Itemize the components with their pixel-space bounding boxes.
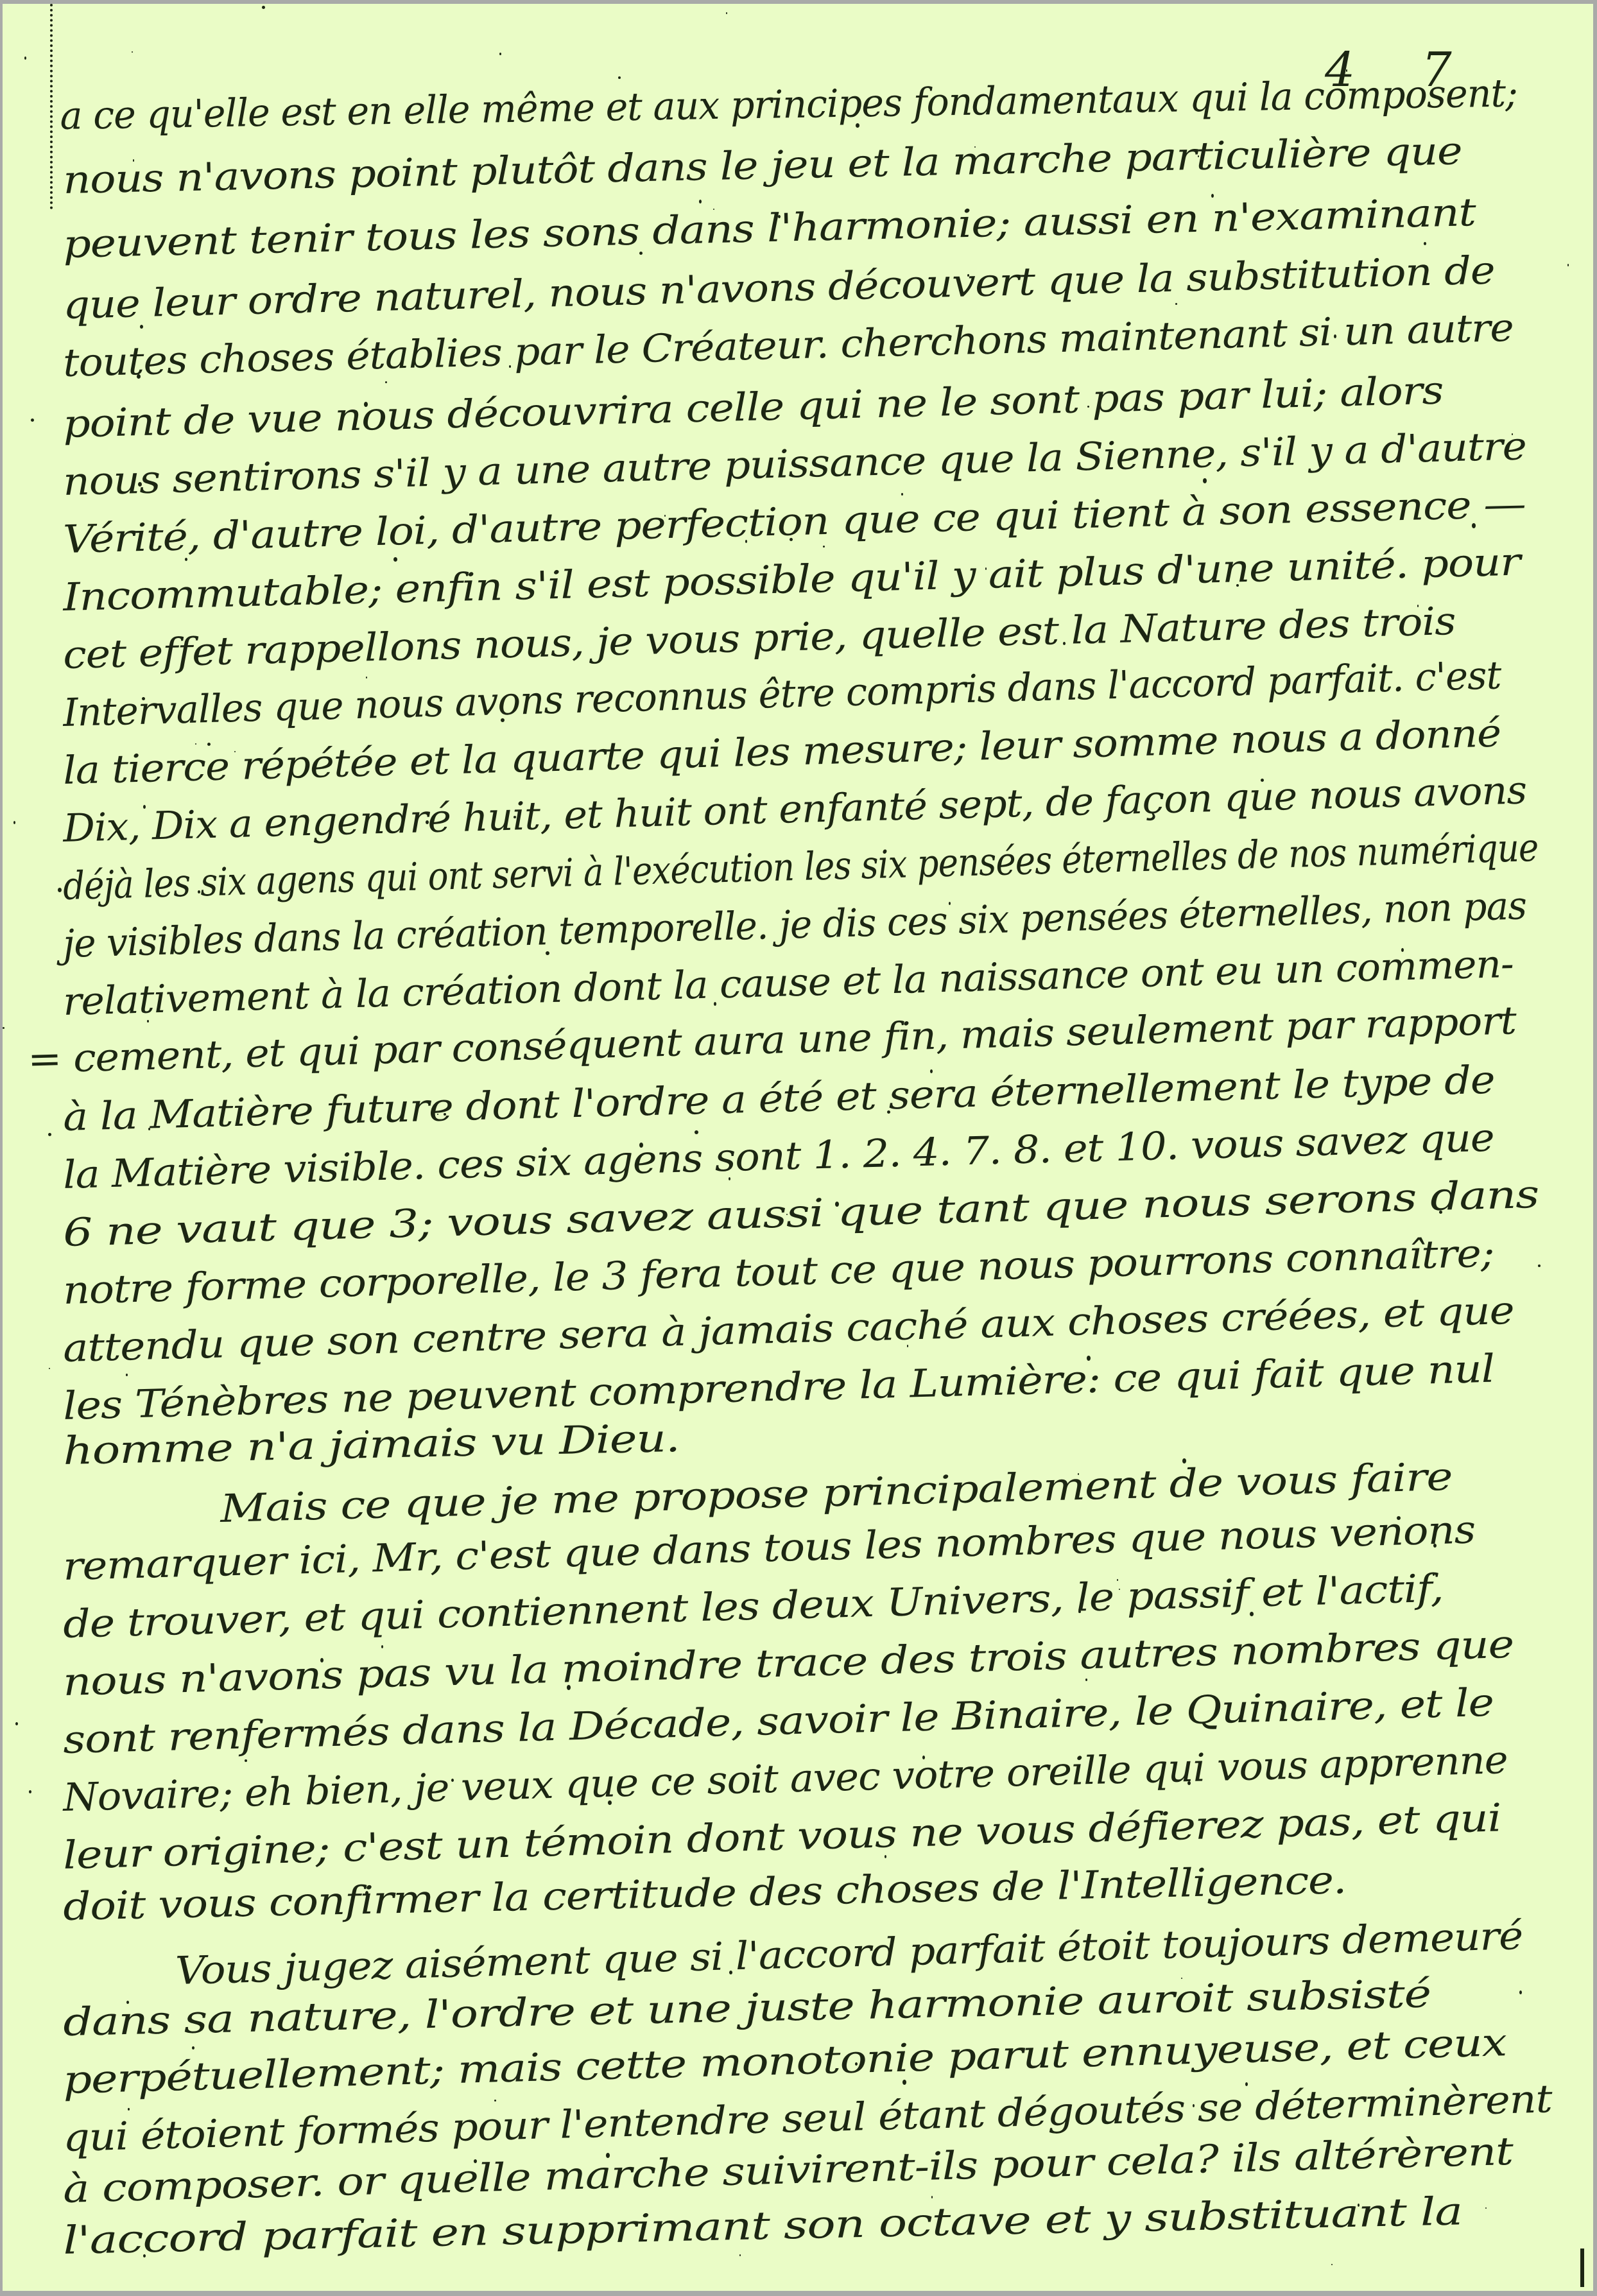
ink-speck xyxy=(901,493,903,496)
ink-speck xyxy=(1358,2204,1360,2207)
edge-mark xyxy=(1580,2249,1584,2287)
ink-speck xyxy=(1397,1516,1401,1520)
ink-speck xyxy=(234,751,236,752)
ink-speck xyxy=(1433,1544,1437,1548)
ink-speck xyxy=(49,1368,50,1369)
ink-speck xyxy=(639,252,643,255)
ink-speck xyxy=(1203,478,1207,483)
ink-speck xyxy=(128,2108,130,2110)
ink-speck xyxy=(1200,1487,1204,1491)
ink-speck xyxy=(198,890,200,893)
ink-speck xyxy=(1078,1610,1081,1613)
ink-speck xyxy=(163,941,164,942)
ink-speck xyxy=(1071,386,1075,390)
ink-speck xyxy=(140,325,143,329)
ink-speck xyxy=(98,1689,100,1691)
ink-speck xyxy=(1078,1473,1079,1475)
ink-speck xyxy=(147,1020,149,1023)
ink-speck xyxy=(366,677,367,678)
ink-speck xyxy=(967,274,969,277)
ink-speck xyxy=(745,540,747,543)
ink-speck xyxy=(764,705,767,708)
ink-speck xyxy=(887,1110,890,1114)
ink-speck xyxy=(1330,217,1333,221)
ink-speck xyxy=(1395,1644,1398,1647)
ink-speck xyxy=(1281,1708,1284,1711)
ink-speck xyxy=(1193,2104,1195,2107)
ink-speck xyxy=(1063,642,1066,645)
ink-speck xyxy=(365,1430,368,1434)
ink-speck xyxy=(143,2254,146,2257)
ink-speck xyxy=(546,951,549,955)
ink-speck xyxy=(637,1162,639,1165)
ink-speck xyxy=(142,697,145,700)
ink-speck xyxy=(437,1114,438,1115)
ink-speck xyxy=(618,76,621,79)
ink-speck xyxy=(547,530,549,533)
ink-speck xyxy=(364,402,368,407)
ink-speck xyxy=(1181,1978,1182,1979)
ink-speck xyxy=(509,365,511,368)
ink-speck xyxy=(699,200,702,203)
ink-speck xyxy=(949,902,951,905)
ink-speck xyxy=(31,419,34,422)
ink-speck xyxy=(126,2001,129,2004)
manuscript-page: 4 7 a ce qu'elle est en elle même et aux… xyxy=(3,4,1593,2291)
ink-speck xyxy=(1085,1679,1087,1681)
ink-speck xyxy=(148,1128,150,1130)
ink-speck xyxy=(48,1133,51,1136)
ink-speck xyxy=(1005,1888,1008,1892)
ink-speck xyxy=(823,546,825,548)
ink-speck xyxy=(729,1971,732,1974)
ink-speck xyxy=(444,1113,446,1116)
ink-speck xyxy=(143,805,146,809)
ink-speck xyxy=(1198,155,1199,157)
ink-speck xyxy=(1334,334,1336,338)
ink-speck xyxy=(713,209,714,210)
ink-speck xyxy=(714,1002,716,1006)
ink-speck xyxy=(58,888,62,892)
ink-speck xyxy=(1331,2264,1333,2265)
ink-speck xyxy=(1119,1589,1120,1590)
ink-speck xyxy=(132,51,133,53)
ink-speck xyxy=(426,820,429,824)
ink-speck xyxy=(695,1130,698,1134)
ink-speck xyxy=(1433,1573,1435,1576)
ink-speck xyxy=(1187,1781,1191,1785)
ink-speck xyxy=(729,1177,730,1180)
ink-speck xyxy=(931,2196,933,2198)
ink-speck xyxy=(320,1658,324,1662)
ink-speck xyxy=(192,2046,194,2050)
ink-speck xyxy=(370,1685,371,1687)
ink-speck xyxy=(133,159,134,162)
ink-speck xyxy=(1175,303,1177,305)
ink-speck xyxy=(1417,605,1419,607)
ink-speck xyxy=(606,2153,610,2158)
ink-speck xyxy=(1567,264,1569,266)
ink-speck xyxy=(195,743,196,745)
ink-speck xyxy=(3,1027,4,1029)
ink-speck xyxy=(856,123,859,128)
ink-speck xyxy=(393,557,397,562)
ink-speck xyxy=(1519,1990,1522,1994)
ink-speck xyxy=(930,1069,933,1073)
ink-speck xyxy=(1439,1211,1442,1214)
manuscript-line: nous n'avons point plutôt dans le jeu et… xyxy=(63,132,1462,200)
ink-speck xyxy=(1472,523,1476,528)
ink-speck xyxy=(262,6,265,9)
ink-speck xyxy=(664,515,666,517)
ink-speck xyxy=(365,1891,368,1895)
ink-speck xyxy=(1512,433,1513,435)
manuscript-line: homme n'a jamais vu Dieu. xyxy=(63,1419,680,1471)
ink-speck xyxy=(501,718,505,722)
ink-speck xyxy=(550,2224,551,2226)
ink-speck xyxy=(567,1685,571,1690)
ink-speck xyxy=(126,1374,128,1376)
ink-speck xyxy=(1261,779,1264,782)
ink-speck xyxy=(1250,1612,1254,1616)
ink-speck xyxy=(529,766,533,770)
ink-speck xyxy=(13,821,15,824)
ink-speck xyxy=(608,1800,612,1805)
ink-speck xyxy=(786,1214,788,1215)
manuscript-line: a ce qu'elle est en elle même et aux pri… xyxy=(60,74,1517,135)
ink-speck xyxy=(1346,69,1347,72)
ink-speck xyxy=(885,1855,886,1858)
ink-speck xyxy=(1211,194,1214,198)
ink-speck xyxy=(245,1759,247,1762)
ink-speck xyxy=(739,2254,741,2256)
ink-speck xyxy=(185,558,187,561)
ink-speck xyxy=(1485,2207,1487,2209)
ink-speck xyxy=(778,215,781,218)
ink-speck xyxy=(907,1345,908,1347)
ink-speck xyxy=(639,1143,643,1148)
ink-speck xyxy=(381,1645,383,1648)
ink-speck xyxy=(1236,584,1239,587)
ink-speck xyxy=(1401,948,1404,952)
ink-speck xyxy=(24,56,26,60)
ink-speck xyxy=(514,816,516,818)
ink-speck xyxy=(790,538,793,541)
ink-speck xyxy=(922,1756,925,1759)
ink-speck xyxy=(835,1202,839,1207)
ink-speck xyxy=(1087,1356,1091,1361)
ink-speck xyxy=(1182,1458,1186,1463)
ink-speck xyxy=(1538,1265,1541,1267)
ink-speck xyxy=(138,482,142,487)
ink-speck xyxy=(985,567,987,570)
ink-speck xyxy=(152,1343,153,1344)
ink-speck xyxy=(499,53,501,55)
ink-speck xyxy=(1117,1579,1118,1581)
ink-speck xyxy=(974,146,976,148)
ink-speck xyxy=(726,12,727,14)
ink-speck xyxy=(29,1790,31,1793)
ink-speck xyxy=(600,341,602,345)
ink-speck xyxy=(1424,242,1426,245)
ink-speck xyxy=(902,2080,906,2085)
ink-speck xyxy=(1087,406,1089,408)
ink-speck xyxy=(855,2062,858,2066)
ink-speck xyxy=(451,1779,454,1782)
ink-speck xyxy=(1245,2082,1248,2086)
ink-speck xyxy=(15,1722,18,1725)
ink-speck xyxy=(706,532,707,535)
ink-speck xyxy=(535,2118,538,2121)
ink-speck xyxy=(385,381,387,383)
margin-dotted-rule xyxy=(50,4,53,209)
ink-speck xyxy=(137,374,141,379)
ink-speck xyxy=(494,2100,496,2102)
ink-speck xyxy=(207,743,211,746)
ink-speck xyxy=(211,1614,212,1617)
ink-speck xyxy=(474,2159,477,2163)
